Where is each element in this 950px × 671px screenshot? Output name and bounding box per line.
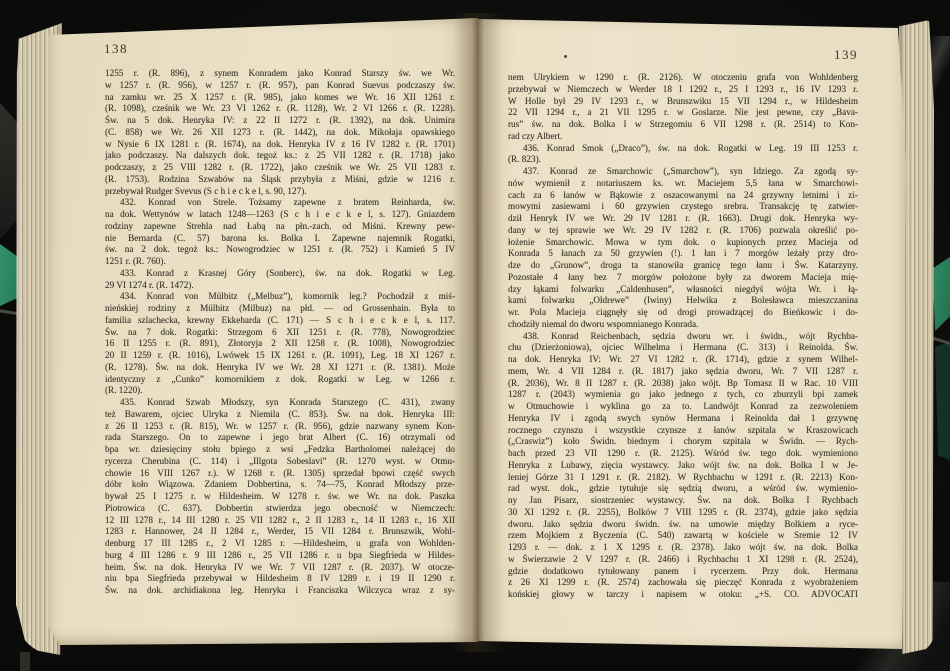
book-photo: 138 1255 r. (R. 896), z synem Konradem j… [0,0,950,671]
page-text-left: 1255 r. (R. 896), z synem Konradem jako … [105,68,455,597]
text-line: chu (Dzierżoniowa), ojciec Wilhelma i He… [508,342,858,354]
text-line: nem Ulrykiem w 1290 r. (R. 2126). W otoc… [508,72,858,84]
text-line: 30 XI 1292 r. (R. 2255), Bolków 7 VIII 1… [508,507,858,519]
text-line: jako podczaszy. Na dalszych dok. tegoż k… [105,150,455,162]
text-line: Św. na 5 dok. Henryka IV: z 22 II 1272 r… [105,115,455,127]
text-line: 1287 r. (2043) wymienia go jako jednego … [508,389,858,401]
open-book: 138 1255 r. (R. 896), z synem Konradem j… [0,0,950,671]
text-line: rocznego czynszu i wszystkie czynsze z ł… [508,425,858,437]
text-line: 437. Konrad ze Smarchowic („Smarchow”), … [508,166,858,178]
text-line: Św. na dok. archidiakona leg. Henryka i … [105,585,455,597]
text-line: Św. na 7 dok. Rogatki: Strzegom 6 XII 12… [105,327,455,339]
text-line: 433. Konrad z Krasnej Góry (Sonberc), św… [105,268,455,280]
text-line: z 26 II 1253 r. (R. 815), Wr. w 1257 r. … [105,421,455,433]
text-line: 20 II 1259 r. (R. 1016), Lwówek 15 IX 12… [105,350,455,362]
text-line: w 1257 r. (R. 956), w 1257 r. (R. 957), … [105,80,455,92]
page-text-right: nem Ulrykiem w 1290 r. (R. 2126). W otoc… [508,72,858,601]
text-line: na zamku wr. 25 X 1257 r. (R. 985), jako… [105,92,455,104]
text-line: 432. Konrad von Strele. Tożsamy zapewne … [105,197,455,209]
text-line: Konrada 5 łanach za 50 grzywien (!). 1 ł… [508,248,858,260]
text-line: w Otmuchowie i wyklina go za to. Landwój… [508,401,858,413]
page-number-left: 138 [104,41,128,57]
text-line: 1293 r. — dok. z 1 X 1295 r. (R. 2378). … [508,542,858,554]
text-line: wr. Pola Macieja ciągnęły się od drogi p… [508,307,858,319]
text-line: heim. Św. na dok. Henryka IV we Wr. 7 VI… [105,562,455,574]
text-line: przebywał w Niemczech w Werder 18 I 1292… [508,84,858,96]
text-line: też Bawarem, ojciec Ulryka z Niemila (C.… [105,409,455,421]
text-line: 436. Konrad Smok („Draco”), św. na dok. … [508,143,858,155]
page-left: 138 1255 r. (R. 896), z synem Konradem j… [48,14,478,645]
text-line: mowymi zasiewami i 60 grzywien czystego … [508,201,858,213]
text-line: identyczny z „Cunko” komornikiem z dok. … [105,374,455,386]
text-line: z 26 XI 1299 r. (R. 2574) zachowała się … [508,577,858,589]
text-line: (R. 1098), cześnik we Wr. 23 VI 1262 r. … [105,103,455,115]
text-line: św. na 2 dok. tegoż ks.: Nowogrodziec w … [105,244,455,256]
text-line: Pozostałe 4 łany bez 7 morgów położone b… [508,272,858,284]
text-line: Henryka z Lubawy, zięcia wystawcy. Jako … [508,460,858,472]
text-line: familia szlachecka, krewny Ekkeharda (C.… [105,315,455,327]
text-line: (R. 1278). Św. na dok. Henryka IV we Wr.… [105,362,455,374]
text-line: rodziny zapewne Strehla nad Łabą na płn.… [105,221,455,233]
text-line: 12 III 1278 r., 14 III 1280 r. 25 VII 12… [105,515,455,527]
text-line: rada Starszego. On to zapewne i jego bra… [105,432,455,444]
text-line: rus” św. na dok. Bolka I w Strzegomiu 6 … [508,119,858,131]
text-line: dził Henryk IV we Wr. 29 IV 1281 r. (R. … [508,213,858,225]
text-line: leniej Górze 31 I 1291 r. (R. 2182). W R… [508,472,858,484]
text-line: (C. 858) we Wr. 26 XII 1273 r. (R. 1442)… [105,127,455,139]
text-line: (R. 823). [508,154,858,166]
text-line: końskiej głowy w tarczy i napisem w otok… [508,589,858,601]
text-line: 1255 r. (R. 896), z synem Konradem jako … [105,68,455,80]
text-line: (R. 1220). [105,385,455,397]
page-number-right: 139 [508,47,858,63]
text-line: rzem Mojkiem z Byczenia (C. 540) zawartą… [508,530,858,542]
text-line: bpa wr. dziesięciny stołu bpiego z wsi „… [105,444,455,456]
text-line: podczaszy, z 25 VIII 1282 r. (R. 1722), … [105,162,455,174]
text-line: w Świerzawie 2 V 1297 r. (R. 2466) i Ryc… [508,554,858,566]
text-line: niu bpa Siegfrieda przebywał w Hildeshei… [105,573,455,585]
text-line: 29 VI 1274 r. (R. 1472). [105,280,455,292]
text-line: 435. Konrad Szwab Młodszy, syn Konrada S… [105,397,455,409]
text-line: mem, Wr. 4 VII 1284 r. (R. 1817) jako sę… [508,366,858,378]
text-line: ny Jan Pisarz, siostrzeniec wystawcy. Św… [508,495,858,507]
text-line: bywał 25 I 1275 r. w Hildesheim. W 1278 … [105,491,455,503]
text-line: 1283 r. Hannower, 24 II 1284 r., Werder,… [105,526,455,538]
text-line: 438. Konrad Reichenbach, sędzia dworu wr… [508,331,858,343]
text-line: rad wyst. dok., gdzie tytułuje się sędzi… [508,483,858,495]
text-line: cach za 6 łanów w Bąkowie z oszacowanymi… [508,190,858,202]
text-line: Henryka IV i zgodą swych synów Hermana i… [508,413,858,425]
text-line: chodziły niemal do dworu wspomnianego Ko… [508,319,858,331]
text-line: gdzie dodatkowo tytułowany panem i rycer… [508,566,858,578]
text-line: 434. Konrad von Mülbitz („Melbuz”), komo… [105,291,455,303]
text-line: dany w tej sprawie we Wr. 29 IV 1282 r. … [508,225,858,237]
text-line: kami folwarku „Oldrewe” (Iwiny) Helwika … [508,295,858,307]
text-line: nów wymienił z notariuszem ks. wr. Macie… [508,178,858,190]
text-line: na dok. Wettynów w latach 1248—1263 (S c… [105,209,455,221]
text-line: dzy łąkami folwarku „Caldenhusen”, własn… [508,284,858,296]
text-line: nieńskiej rodziny z Mülbitz (Milbuz) na … [105,303,455,315]
text-line: rycerza Cherubina (C. 114) i „Illgota So… [105,456,455,468]
text-line: chowie 16 VIII 1267 r.). W 1268 r. (R. 1… [105,468,455,480]
text-line: (R. 1753). Rodzina Szwabów na Śląsk przy… [105,174,455,186]
text-line: burg 4 III 1286 r. 9 III 1286 r., 25 VII… [105,550,455,562]
text-line: dworu. Jako sędzia dworu świdn. św. na u… [508,519,858,531]
text-line: na dok. Henryka IV: Wr. 27 VI 1282 r. (R… [508,354,858,366]
text-line: denburg 17 III 1285 r., 2 VI 1285 r. —Hi… [105,538,455,550]
text-line: nie Bernarda (C. 57) barona ks. Bolka I.… [105,233,455,245]
text-line: 22 VII 1294 r., a 21 VII 1295 r. w Gosla… [508,107,858,119]
text-line: W Holle był 29 IV 1293 r., w Brunszwiku … [508,96,858,108]
text-line: przebywał Rudger Svevus (S c h i e c k e… [105,186,455,198]
text-line: łożenie Smarchowic. Mowa w tym dok. o ku… [508,237,858,249]
text-line: dze do „Grunow”, droga ta stanowiła gran… [508,260,858,272]
text-line: bach przed 23 VII 1290 r. (R. 2125). Wśr… [508,448,858,460]
text-line: („Craswiz”) koło Świdn. biednym i chorym… [508,436,858,448]
page-right: 139 nem Ulrykiem w 1290 r. (R. 2126). W … [478,14,906,652]
text-line: dóbr koło Wiązowa. Zdaniem Dobbertina, s… [105,479,455,491]
text-line: 16 II 1255 r. (R. 891), Złotoryja 2 XII … [105,338,455,350]
text-line: rad czy Albert. [508,131,858,143]
text-line: w Nysie 6 IX 1281 r. (R. 1674), na dok. … [105,139,455,151]
text-line: (R. 2036), Wr. 8 II 1287 r. (R. 2038) ja… [508,378,858,390]
text-line: Piotrowica (C. 637). Dobbertin stwierdza… [105,503,455,515]
text-line: 1251 r. (R. 760). [105,256,455,268]
